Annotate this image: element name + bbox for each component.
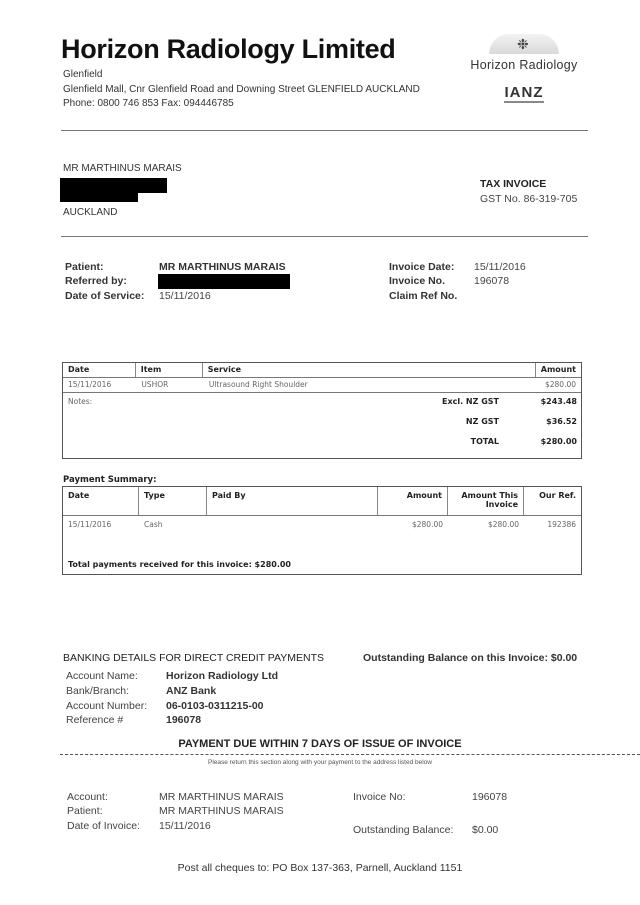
slip-account-label: Account: [67, 791, 108, 803]
excl-gst-label: Excl. NZ GST [442, 397, 499, 406]
col-amount: Amount [536, 363, 581, 377]
logo-text: Horizon Radiology [462, 58, 586, 72]
row-service: Ultrasound Right Shoulder [204, 378, 540, 392]
pay-type: Cash [139, 516, 207, 533]
payments-total: Total payments received for this invoice… [68, 560, 291, 569]
bank-branch-label: Bank/Branch: [66, 685, 129, 697]
return-notice: Please return this section along with yo… [0, 759, 640, 766]
invoice-date-label: Invoice Date: [389, 261, 454, 273]
invoice-date: 15/11/2016 [474, 261, 526, 273]
patient-name: MR MARTHINUS MARAIS [159, 261, 286, 273]
invoice-no: 196078 [474, 275, 509, 287]
tear-line [60, 754, 640, 755]
slip-balance-label: Outstanding Balance: [353, 824, 453, 836]
slip-patient: MR MARTHINUS MARAIS [159, 805, 284, 817]
banking-heading: BANKING DETAILS FOR DIRECT CREDIT PAYMEN… [63, 652, 324, 664]
pay-paid-by [207, 516, 378, 533]
row-date: 15/11/2016 [63, 378, 136, 392]
divider [61, 236, 588, 237]
recipient-city: AUCKLAND [63, 207, 117, 218]
company-branch: Glenfield [63, 69, 102, 80]
totals-block: Notes: Excl. NZ GST $243.48 NZ GST $36.5… [63, 393, 581, 458]
claim-ref-label: Claim Ref No. [389, 290, 457, 302]
bank-account-name-label: Account Name: [66, 670, 138, 682]
payments-header: Date Type Paid By Amount Amount This Inv… [63, 487, 581, 516]
turtle-icon: ❉ [517, 36, 529, 53]
divider [61, 130, 588, 131]
table-row: 15/11/2016 Cash $280.00 $280.00 192386 [63, 516, 581, 533]
slip-invoice-no-label: Invoice No: [353, 791, 406, 803]
notes-label: Notes: [68, 397, 92, 406]
bank-account-number: 06-0103-0311215-00 [166, 700, 264, 712]
total-label: TOTAL [471, 437, 499, 446]
outstanding-balance: Outstanding Balance on this Invoice: $0.… [363, 652, 577, 664]
slip-date-label: Date of Invoice: [67, 820, 140, 832]
gst-label: NZ GST [466, 417, 499, 426]
col-amount-this-invoice: Amount This Invoice [448, 487, 524, 515]
services-table: Date Item Service Amount 15/11/2016 USHO… [62, 362, 582, 459]
col-date: Date [63, 363, 136, 377]
col-our-ref: Our Ref. [524, 487, 581, 515]
tax-invoice-title: TAX INVOICE [480, 178, 546, 190]
slip-invoice-no: 196078 [472, 791, 507, 803]
company-name: Horizon Radiology Limited [61, 34, 396, 65]
col-service: Service [203, 363, 536, 377]
row-amount: $280.00 [540, 378, 581, 392]
postal-address: Post all cheques to: PO Box 137-363, Par… [0, 862, 640, 874]
pay-amount-invoice: $280.00 [448, 516, 524, 533]
ianz-underline [504, 101, 544, 103]
col-paid-by: Paid By [207, 487, 378, 515]
col-type: Type [139, 487, 207, 515]
pay-ref: 192386 [524, 516, 581, 533]
slip-account: MR MARTHINUS MARAIS [159, 791, 284, 803]
bank-branch: ANZ Bank [166, 685, 216, 697]
row-item: USHOR [136, 378, 204, 392]
pay-amount: $280.00 [378, 516, 448, 533]
pay-date: 15/11/2016 [63, 516, 139, 533]
col-date: Date [63, 487, 139, 515]
bank-account-number-label: Account Number: [66, 700, 147, 712]
recipient-name: MR MARTHINUS MARAIS [63, 163, 182, 174]
payment-due-notice: PAYMENT DUE WITHIN 7 DAYS OF ISSUE OF IN… [0, 738, 640, 750]
excl-gst-value: $243.48 [541, 397, 577, 406]
redacted-address-2 [60, 192, 138, 202]
services-header: Date Item Service Amount [63, 363, 581, 378]
company-address: Glenfield Mall, Cnr Glenfield Road and D… [63, 84, 420, 95]
col-amount: Amount [378, 487, 448, 515]
payment-summary-title: Payment Summary: [63, 475, 156, 485]
bank-reference-label: Reference # [66, 714, 123, 726]
ianz-logo: IANZ [462, 84, 586, 101]
table-row: 15/11/2016 USHOR Ultrasound Right Should… [63, 378, 581, 393]
company-logo: ❉ Horizon Radiology IANZ [462, 34, 586, 103]
col-item: Item [136, 363, 203, 377]
referred-label: Referred by: [65, 275, 127, 287]
slip-balance: $0.00 [472, 824, 498, 836]
bank-account-name: Horizon Radiology Ltd [166, 670, 278, 682]
service-date: 15/11/2016 [159, 290, 211, 302]
payments-table: Date Type Paid By Amount Amount This Inv… [62, 486, 582, 575]
company-phone-fax: Phone: 0800 746 853 Fax: 094446785 [63, 98, 234, 109]
slip-date: 15/11/2016 [159, 820, 211, 832]
gst-number: GST No. 86-319-705 [480, 193, 577, 205]
redacted-address [60, 178, 167, 193]
invoice-no-label: Invoice No. [389, 275, 445, 287]
bank-reference: 196078 [166, 714, 201, 726]
total-value: $280.00 [541, 437, 577, 446]
redacted-referrer [158, 274, 290, 289]
gst-value: $36.52 [546, 417, 577, 426]
patient-label: Patient: [65, 261, 104, 273]
slip-patient-label: Patient: [67, 805, 103, 817]
service-date-label: Date of Service: [65, 290, 144, 302]
